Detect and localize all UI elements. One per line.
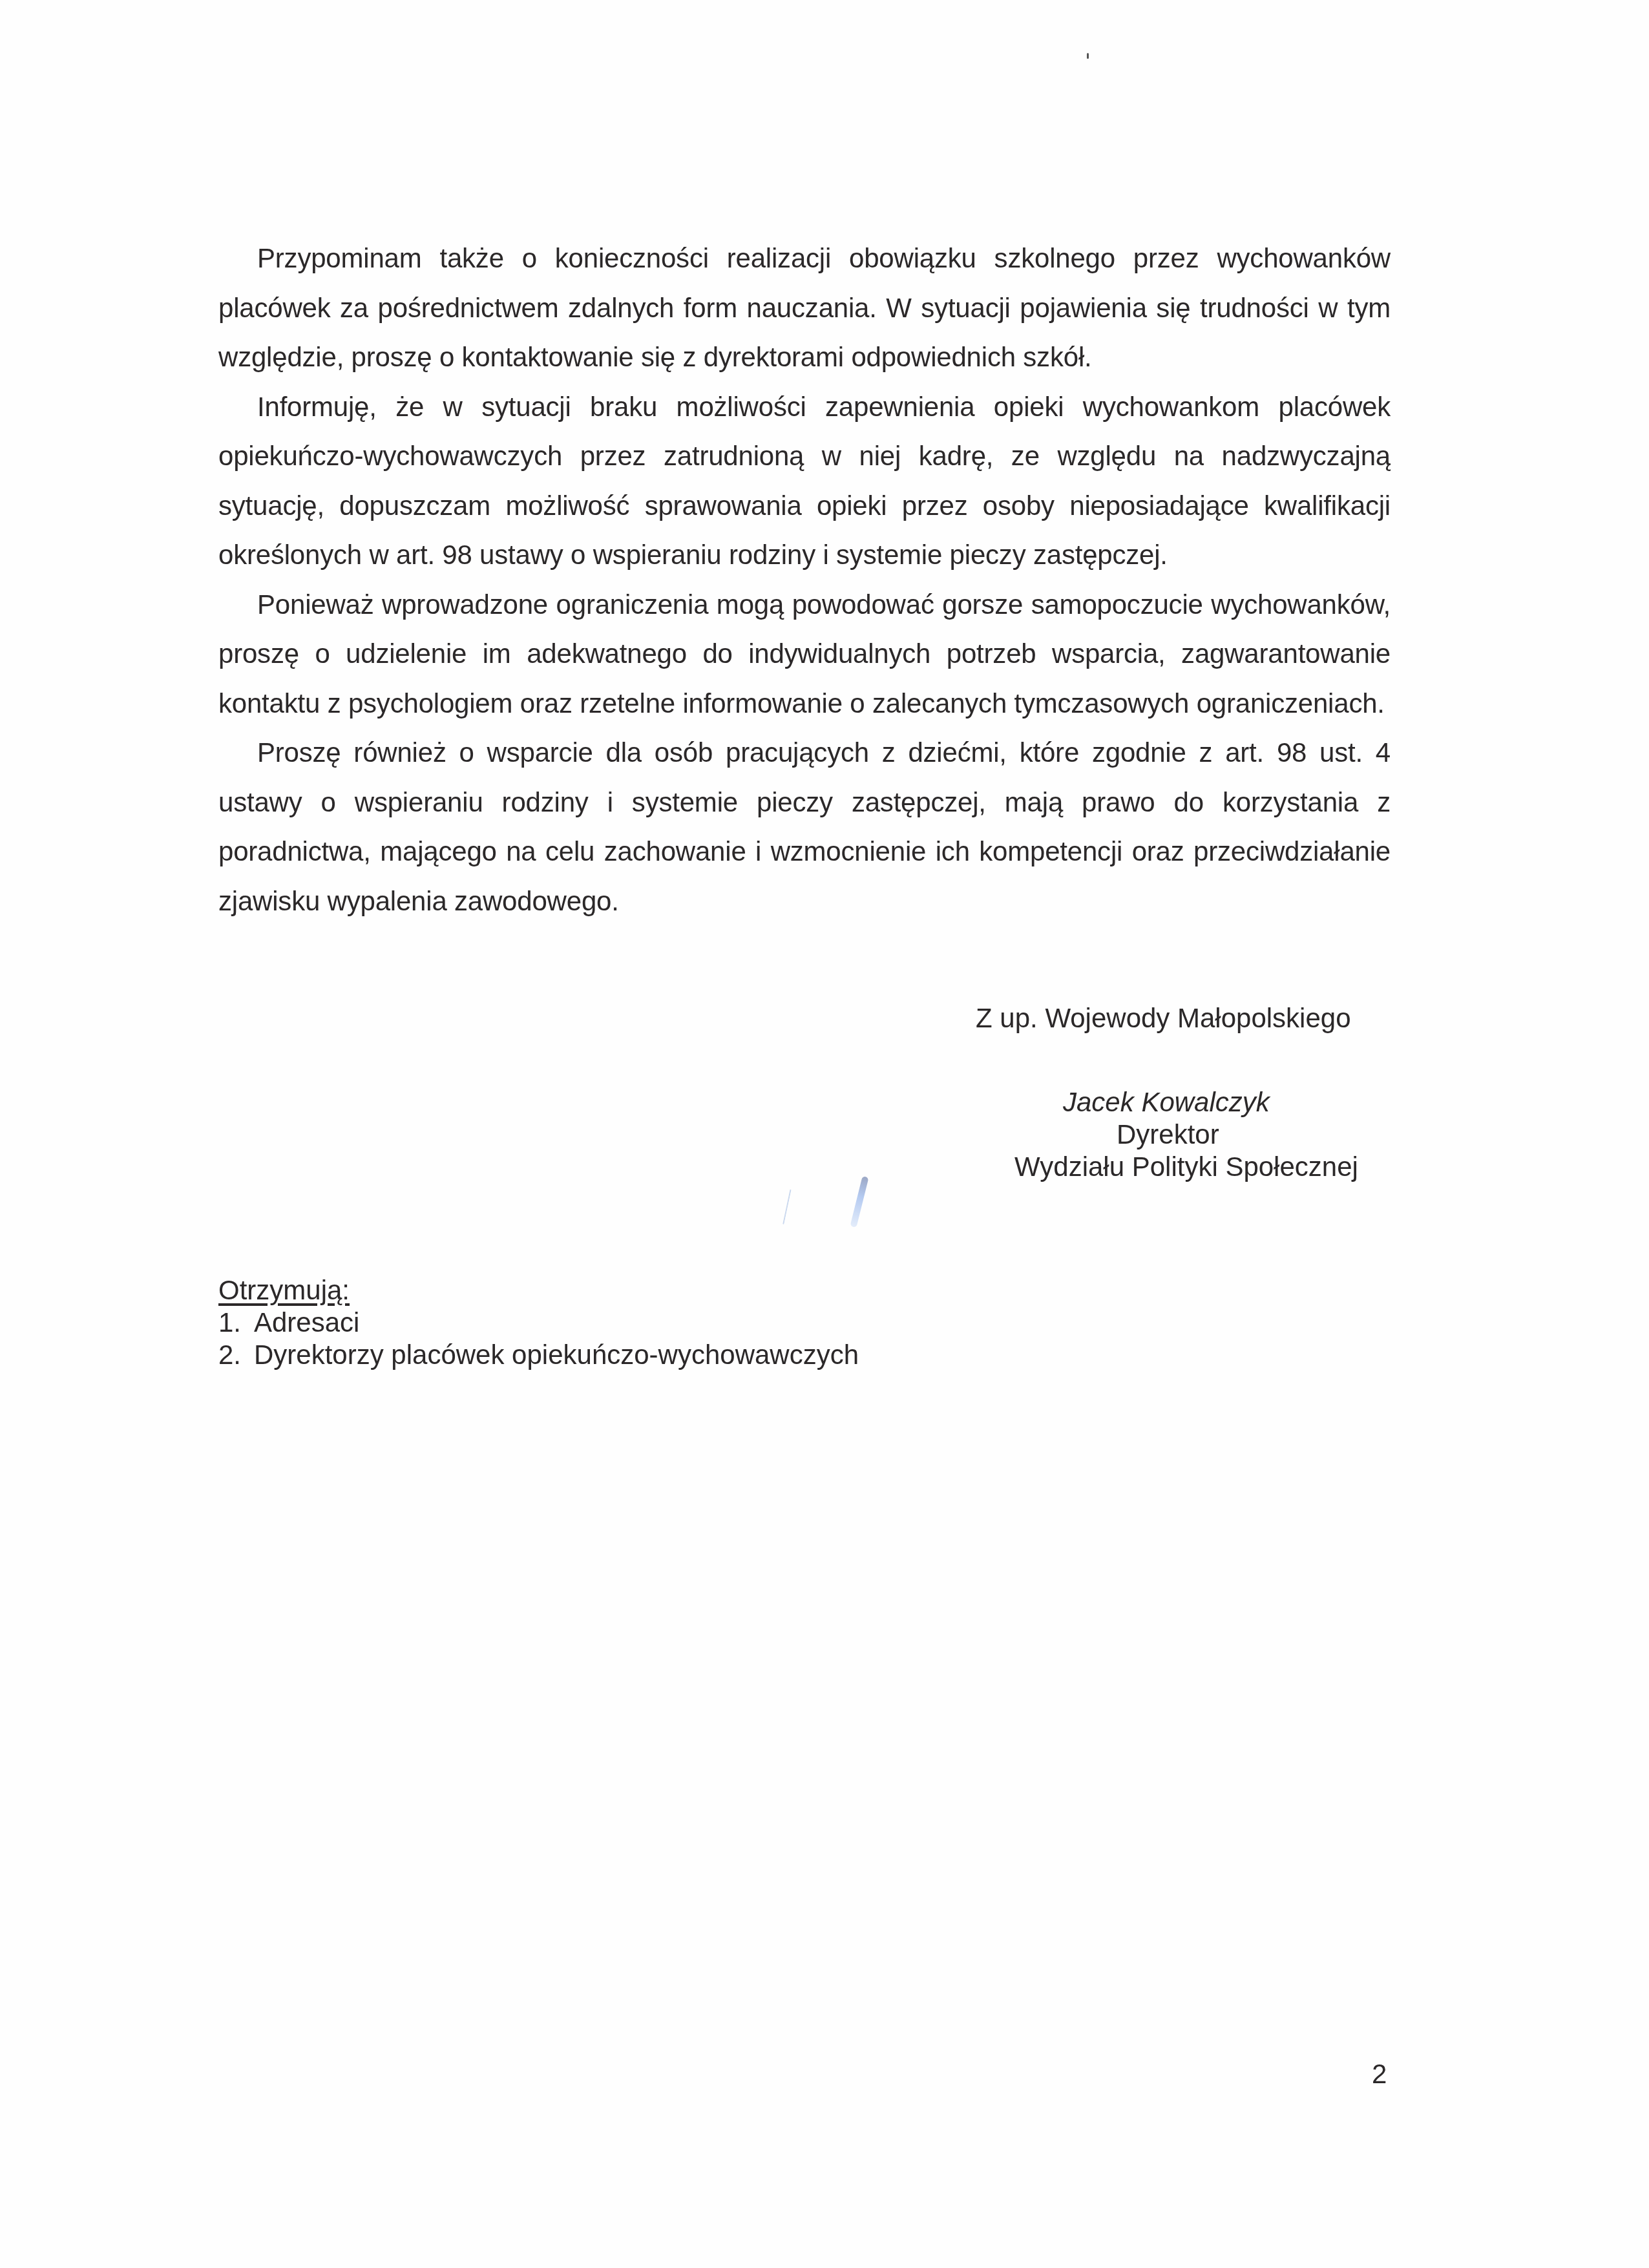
recipients-section: Otrzymują: 1.Adresaci 2.Dyrektorzy placó… (218, 1274, 859, 1371)
recipient-number: 2. (218, 1339, 254, 1371)
signature-on-behalf: Z up. Wojewody Małopolskiego (976, 1003, 1351, 1034)
recipient-item: 1.Adresaci (218, 1307, 859, 1339)
recipient-label: Adresaci (254, 1307, 359, 1338)
scan-speck (1087, 53, 1089, 59)
pen-stroke-mark (850, 1176, 868, 1228)
paragraph-staff-counseling: Proszę również o wsparcie dla osób pracu… (218, 728, 1391, 926)
paragraph-wellbeing-support: Ponieważ wprowadzone ograniczenia mogą p… (218, 580, 1391, 729)
letter-body: Przypominam także o konieczności realiza… (218, 234, 1391, 926)
paragraph-school-obligation: Przypominam także o konieczności realiza… (218, 234, 1391, 383)
recipients-list: 1.Adresaci 2.Dyrektorzy placówek opiekuń… (218, 1307, 859, 1371)
signatory-name: Jacek Kowalczyk (1063, 1087, 1270, 1118)
recipient-number: 1. (218, 1307, 254, 1339)
recipient-label: Dyrektorzy placówek opiekuńczo-wychowawc… (254, 1339, 859, 1370)
pen-stroke-mark (780, 1189, 791, 1224)
document-page: Przypominam także o konieczności realiza… (0, 0, 1649, 2268)
signatory-title: Dyrektor (1117, 1119, 1219, 1150)
paragraph-staff-qualifications: Informuję, że w sytuacji braku możliwośc… (218, 383, 1391, 580)
recipient-item: 2.Dyrektorzy placówek opiekuńczo-wychowa… (218, 1339, 859, 1371)
recipients-heading: Otrzymują: (218, 1274, 859, 1307)
page-number: 2 (1372, 2059, 1387, 2090)
signatory-department: Wydziału Polityki Społecznej (1014, 1151, 1358, 1182)
